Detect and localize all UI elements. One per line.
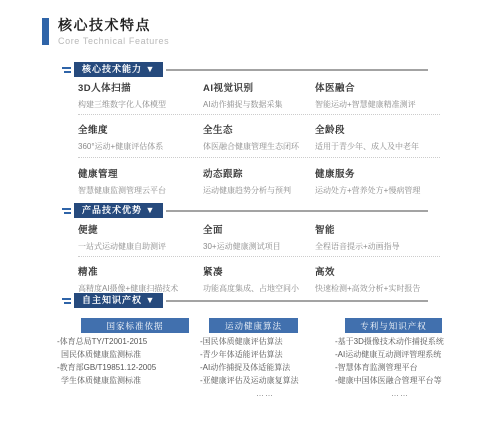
feature-desc: 运动健康趋势分析与预判 bbox=[203, 185, 328, 196]
feature-cell: 智能 全程语音提示+动画指导 bbox=[315, 222, 440, 252]
feature-cell: 全龄段 适用于青少年、成人及中老年 bbox=[315, 122, 440, 152]
feature-cell: 健康服务 运动处方+营养处方+慢病管理 bbox=[315, 166, 440, 196]
section-header-core-capability: 核心技术能力 ▼ bbox=[62, 62, 428, 77]
feature-title: 动态跟踪 bbox=[203, 166, 328, 180]
ip-line: -体育总局TY/T2001-2015 bbox=[57, 335, 199, 348]
feature-title: 全生态 bbox=[203, 122, 328, 136]
feature-desc: 体医融合健康管理生态闭环 bbox=[203, 141, 328, 152]
feature-desc: 智慧健康监测管理云平台 bbox=[78, 185, 203, 196]
feature-cell: 精准 高精度AI摄像+健康扫描技术 bbox=[78, 264, 203, 294]
feature-desc: 全程语音提示+动画指导 bbox=[315, 241, 440, 252]
ip-line: -AI运动健康互动测评管理系统 bbox=[335, 348, 465, 361]
feature-title: 健康管理 bbox=[78, 166, 203, 180]
equals-icon bbox=[62, 208, 71, 214]
row-divider bbox=[78, 157, 440, 158]
feature-title: 高效 bbox=[315, 264, 440, 278]
feature-title: 全维度 bbox=[78, 122, 203, 136]
feature-cell: 全维度 360°运动+健康评估体系 bbox=[78, 122, 203, 152]
feature-title: 紧凑 bbox=[203, 264, 328, 278]
ip-list-patents: -基于3D摄像技术动作捕捉系统 -AI运动健康互动测评管理系统 -智慧体育监测管… bbox=[335, 335, 465, 400]
feature-desc: 构建三维数字化人体模型 bbox=[78, 99, 203, 110]
ip-line: 国民体质健康监测标准 bbox=[57, 348, 199, 361]
section-chip: 核心技术能力 ▼ bbox=[74, 62, 163, 77]
feature-title: 精准 bbox=[78, 264, 203, 278]
feature-desc: 运动处方+营养处方+慢病管理 bbox=[315, 185, 440, 196]
page-title: 核心技术特点 bbox=[58, 15, 151, 35]
ip-line: 学生体质健康监测标准 bbox=[57, 374, 199, 387]
feature-desc: 适用于青少年、成人及中老年 bbox=[315, 141, 440, 152]
feature-desc: AI动作捕捉与数据采集 bbox=[203, 99, 328, 110]
ip-header-patents: 专利与知识产权 bbox=[345, 318, 442, 333]
ip-more: …… bbox=[335, 387, 465, 400]
feature-cell: 健康管理 智慧健康监测管理云平台 bbox=[78, 166, 203, 196]
feature-cell: 紧凑 功能高度集成、占地空间小 bbox=[203, 264, 328, 294]
title-accent-bar bbox=[42, 18, 49, 45]
row-divider bbox=[78, 256, 440, 257]
ip-header-national-standards: 国家标准依据 bbox=[81, 318, 189, 333]
section-chip: 产品技术优势 ▼ bbox=[74, 203, 163, 218]
section-rule bbox=[166, 300, 428, 302]
section-header-intellectual-property: 自主知识产权 ▼ bbox=[62, 293, 428, 308]
feature-cell: 全生态 体医融合健康管理生态闭环 bbox=[203, 122, 328, 152]
section-chip: 自主知识产权 ▼ bbox=[74, 293, 163, 308]
feature-desc: 一站式运动健康自助测评 bbox=[78, 241, 203, 252]
feature-cell: 全面 30+运动健康测试项目 bbox=[203, 222, 328, 252]
feature-desc: 智能运动+智慧健康精准测评 bbox=[315, 99, 440, 110]
equals-icon bbox=[62, 298, 71, 304]
ip-line: -青少年体适能评估算法 bbox=[200, 348, 330, 361]
ip-line: -智慧体育监测管理平台 bbox=[335, 361, 465, 374]
ip-line: -亚健康评估及运动康复算法 bbox=[200, 374, 330, 387]
ip-line: -教育部GB/T19851.12-2005 bbox=[57, 361, 199, 374]
feature-title: 体医融合 bbox=[315, 80, 440, 94]
slide-core-technical-features: 核心技术特点 Core Technical Features 核心技术能力 ▼ … bbox=[0, 0, 500, 432]
equals-icon bbox=[62, 67, 71, 73]
ip-list-national-standards: -体育总局TY/T2001-2015 国民体质健康监测标准 -教育部GB/T19… bbox=[57, 335, 199, 387]
section-header-product-advantage: 产品技术优势 ▼ bbox=[62, 203, 428, 218]
feature-cell: 体医融合 智能运动+智慧健康精准测评 bbox=[315, 80, 440, 110]
feature-title: 3D人体扫描 bbox=[78, 80, 203, 94]
feature-cell: 动态跟踪 运动健康趋势分析与预判 bbox=[203, 166, 328, 196]
ip-line: -健康中国体医融合管理平台等 bbox=[335, 374, 465, 387]
feature-title: AI视觉识别 bbox=[203, 80, 328, 94]
feature-title: 全面 bbox=[203, 222, 328, 236]
ip-line: -基于3D摄像技术动作捕捉系统 bbox=[335, 335, 465, 348]
feature-title: 便捷 bbox=[78, 222, 203, 236]
ip-header-sport-health-algorithms: 运动健康算法 bbox=[209, 318, 298, 333]
feature-desc: 30+运动健康测试项目 bbox=[203, 241, 328, 252]
ip-list-sport-health-algorithms: -国民体质健康评估算法 -青少年体适能评估算法 -AI动作捕捉及体适能算法 -亚… bbox=[200, 335, 330, 400]
feature-title: 全龄段 bbox=[315, 122, 440, 136]
page-subtitle: Core Technical Features bbox=[58, 36, 169, 46]
feature-cell: AI视觉识别 AI动作捕捉与数据采集 bbox=[203, 80, 328, 110]
feature-title: 智能 bbox=[315, 222, 440, 236]
ip-line: -国民体质健康评估算法 bbox=[200, 335, 330, 348]
feature-cell: 高效 快速检测+高效分析+实时报告 bbox=[315, 264, 440, 294]
section-rule bbox=[166, 69, 428, 71]
ip-line: -AI动作捕捉及体适能算法 bbox=[200, 361, 330, 374]
row-divider bbox=[78, 114, 440, 115]
feature-cell: 便捷 一站式运动健康自助测评 bbox=[78, 222, 203, 252]
feature-desc: 360°运动+健康评估体系 bbox=[78, 141, 203, 152]
feature-cell: 3D人体扫描 构建三维数字化人体模型 bbox=[78, 80, 203, 110]
section-rule bbox=[166, 210, 428, 212]
ip-more: …… bbox=[200, 387, 330, 400]
feature-title: 健康服务 bbox=[315, 166, 440, 180]
